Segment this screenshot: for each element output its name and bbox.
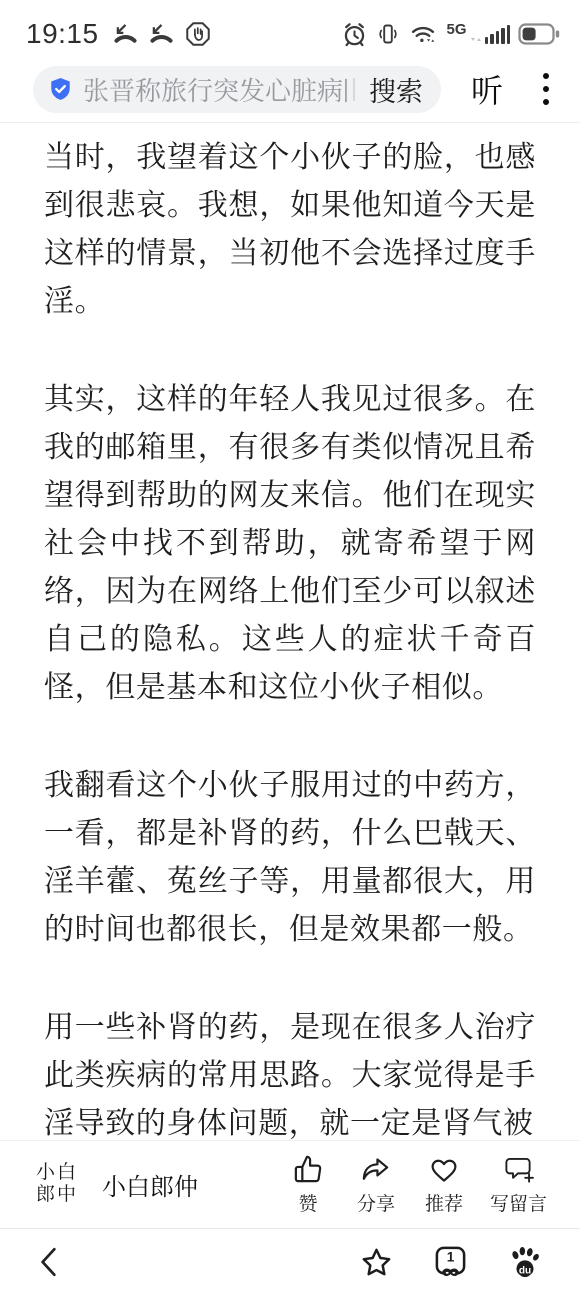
avatar-text-line2: 郎中	[36, 1184, 84, 1206]
article-paragraph: 用一些补肾的药，是现在很多人治疗此类疾病的常用思路。大家觉得是手淫导致的身体问题…	[44, 1004, 536, 1140]
status-right: 5G	[341, 21, 560, 48]
comment-plus-icon	[502, 1152, 534, 1186]
tab-count: 1	[447, 1249, 455, 1264]
touch-disabled-icon	[184, 20, 212, 48]
network-type-label: 5G	[446, 22, 466, 37]
like-button[interactable]: 赞	[286, 1152, 330, 1216]
secondary-signal-icon	[469, 22, 483, 46]
search-bar[interactable]: 张晋称旅行突发心脏病险... 搜索	[33, 66, 441, 113]
article-paragraph: 当时，我望着这个小伙子的脸，也感到很悲哀。我想，如果他知道今天是这样的情景，当初…	[44, 134, 536, 326]
browser-header: 张晋称旅行突发心脏病险... 搜索 听	[0, 62, 580, 123]
baidu-logo-text: du	[519, 1266, 531, 1277]
author-avatar[interactable]: 小白 郎中	[36, 1162, 84, 1206]
phone-screen: 19:15	[0, 0, 580, 1295]
write-comment-button[interactable]: 写留言	[490, 1152, 547, 1216]
baidu-paw-icon: du	[508, 1245, 542, 1279]
missed-call-icon	[112, 21, 139, 48]
clock-time: 19:15	[26, 18, 99, 50]
search-button[interactable]: 搜索	[369, 70, 423, 109]
avatar-text-line1: 小白	[36, 1162, 84, 1184]
back-button[interactable]	[36, 1245, 62, 1279]
author-name[interactable]: 小白郎仲	[102, 1167, 286, 1202]
article-content: 当时，我望着这个小伙子的脸，也感到很悲哀。我想，如果他知道今天是这样的情景，当初…	[0, 124, 580, 1140]
article-paragraph: 我翻看这个小伙子服用过的中药方，一看，都是补肾的药，什么巴戟天、淫羊藿、菟丝子等…	[44, 762, 536, 954]
chevron-left-icon	[36, 1245, 62, 1279]
action-buttons: 赞 分享 推荐	[286, 1152, 547, 1216]
thumbs-up-icon	[292, 1152, 323, 1186]
action-label: 写留言	[490, 1189, 547, 1216]
missed-call-icon	[148, 21, 175, 48]
tab-counter-mask-icon: 1	[433, 1245, 468, 1280]
favorite-button[interactable]	[360, 1246, 393, 1279]
share-icon	[359, 1152, 392, 1186]
signal-icon: 5G	[446, 22, 510, 46]
vibrate-icon	[376, 21, 400, 47]
battery-icon	[518, 22, 560, 46]
page-title: 张晋称旅行突发心脏病险...	[83, 71, 347, 108]
shield-check-icon	[47, 76, 74, 103]
action-label: 推荐	[425, 1189, 463, 1216]
more-menu-icon[interactable]	[539, 69, 553, 109]
heart-icon	[428, 1152, 460, 1186]
star-icon	[360, 1246, 393, 1279]
status-left: 19:15	[26, 18, 212, 50]
alarm-icon	[341, 21, 368, 48]
listen-button[interactable]: 听	[471, 66, 503, 112]
share-button[interactable]: 分享	[354, 1152, 398, 1216]
wifi-icon	[408, 21, 438, 48]
recommend-button[interactable]: 推荐	[422, 1152, 466, 1216]
action-label: 分享	[357, 1189, 395, 1216]
author-bar: 小白 郎中 小白郎仲 赞 分享	[0, 1140, 580, 1227]
article-paragraph: 其实，这样的年轻人我见过很多。在我的邮箱里，有很多有类似情况且希望得到帮助的网友…	[44, 376, 536, 712]
bottom-nav-bar: 1 du	[0, 1228, 580, 1295]
baidu-home-button[interactable]: du	[508, 1245, 542, 1279]
pill-divider	[353, 78, 355, 101]
tabs-button[interactable]: 1	[433, 1245, 468, 1280]
status-bar: 19:15	[0, 0, 580, 62]
action-label: 赞	[298, 1189, 317, 1216]
